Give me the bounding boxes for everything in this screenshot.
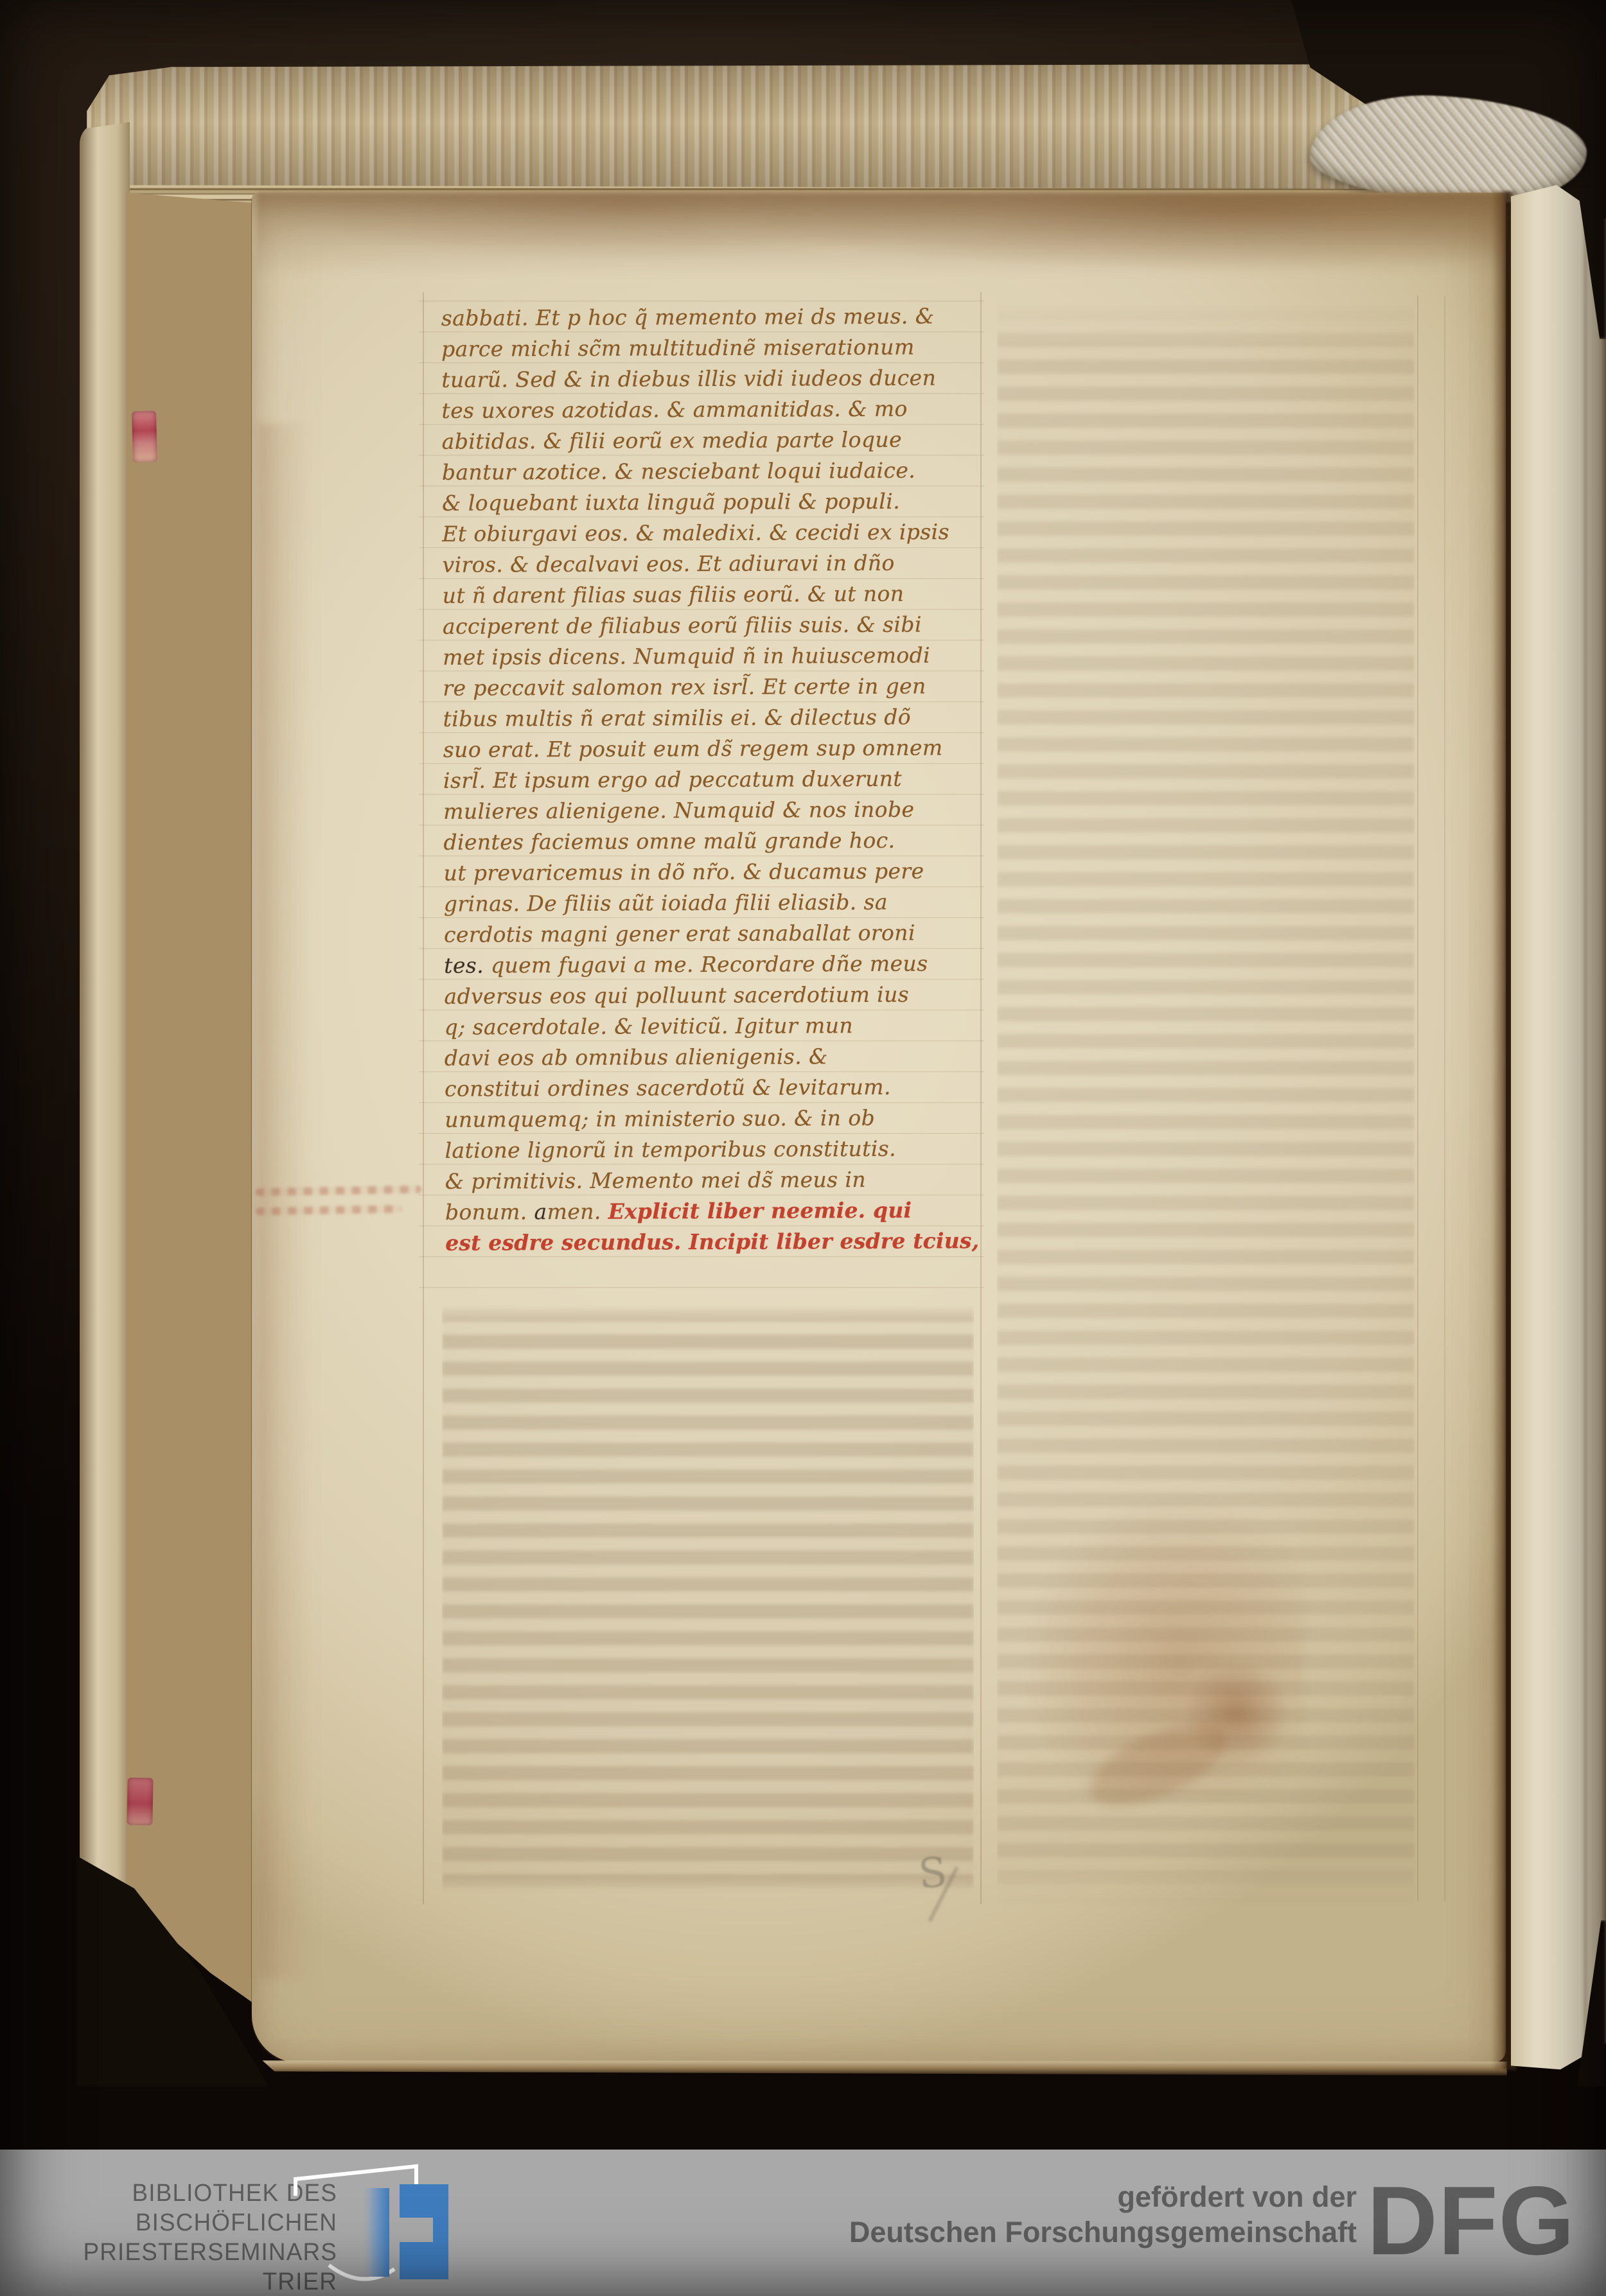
manuscript-line: & primitivis. Memento mei ds̃ meus in [445,1164,985,1197]
manuscript-line: adversus eos qui polluunt sacerdotium iu… [444,979,984,1012]
rubric-text-segment: Explicit liber neemie. qui [608,1198,912,1224]
text-segment: men. [547,1199,608,1224]
text-segment: bantur azotice. & nesciebant loqui iudai… [442,458,915,485]
text-segment: adversus eos qui polluunt sacerdotium iu… [444,982,909,1009]
manuscript-text-column: sabbati. Et p hoc q̃ memento mei ds meus… [441,301,985,1259]
text-segment: & loquebant iuxta linguã populi & populi… [442,489,900,516]
text-segment: re peccavit salomon rex isrl̃. Et certe … [443,674,926,701]
ruling-vertical-showthrough-1 [1417,295,1418,1901]
manuscript-line: bonum. amen. Explicit liber neemie. qui [445,1195,985,1228]
page-top-stain [257,193,1506,289]
shield-outline-top [296,2166,416,2196]
manuscript-line: cerdotis magni gener erat sanaballat oro… [444,917,984,951]
text-segment: & primitivis. Memento mei ds̃ meus in [445,1167,866,1194]
manuscript-line: mulieres alienigene. Numquid & nos inobe [443,794,983,827]
dfg-credit-line: gefördert von der [790,2179,1357,2214]
text-segment: tuarũ. Sed & in diebus illis vidi iudeos… [441,365,936,392]
faded-marginal-gloss [256,1186,422,1215]
text-segment: cerdotis magni gener erat sanaballat oro… [444,920,915,947]
library-shield-logo [289,2155,482,2292]
text-segment: unumquemq; in ministerio suo. & in ob [445,1105,875,1132]
manuscript-line: davi eos ab omnibus alienigenis. & [445,1040,984,1074]
manuscript-line: ut ñ darent filias suas filiis eorũ. & u… [443,578,982,611]
photo-background: sabbati. Et p hoc q̃ memento mei ds meus… [0,0,1606,2296]
text-segment: constitui ordines sacerdotũ & levitarum. [445,1074,891,1101]
text-segment: ut prevaricemus in dõ nr̃o. & ducamus pe… [444,859,924,886]
manuscript-line: ut prevaricemus in dõ nr̃o. & ducamus pe… [444,855,984,889]
manuscript-line: tes uxores azotidas. & ammanitidas. & mo [441,393,981,426]
fore-edge-page-stack [126,193,262,2017]
rubric-text-segment: est esdre secundus. Incipit liber esdre … [445,1228,979,1256]
manuscript-line: isrl̃. Et ipsum ergo ad peccatum duxerun… [443,763,983,796]
manuscript-line: suo erat. Et posuit eum ds̃ regem sup om… [443,732,983,766]
manuscript-line: abitidas. & filii eorũ ex media parte lo… [442,424,982,457]
text-segment: dientes faciemus omne malũ grande hoc. [443,828,895,855]
red-fore-edge-tab-lower [127,1778,153,1826]
text-segment: grinas. De filiis aũt ioiada filii elias… [444,889,888,916]
text-segment: Et obiurgavi eos. & maledixi. & cecidi e… [442,519,949,546]
manuscript-line: bantur azotice. & nesciebant loqui iudai… [442,455,982,488]
text-segment: q; sacerdotale. & leviticũ. Igitur mun [445,1013,853,1040]
book-head-deckle-edge [87,64,1494,202]
text-segment: latione lignorũ in temporibus constituti… [445,1136,896,1163]
text-segment: tes uxores azotidas. & ammanitidas. & mo [441,396,907,423]
ruling-vertical-showthrough-2 [1444,295,1445,1901]
manuscript-line: re peccavit salomon rex isrl̃. Et certe … [443,670,982,704]
text-segment: quem fugavi a me. Recordare dñe meus [484,951,928,978]
manuscript-line: latione lignorũ in temporibus constituti… [445,1133,984,1166]
manuscript-line: unumquemq; in ministerio suo. & in ob [445,1102,984,1135]
red-fore-edge-tab-upper [132,411,157,463]
manuscript-line: sabbati. Et p hoc q̃ memento mei ds meus… [441,301,981,334]
manuscript-line: dientes faciemus omne malũ grande hoc. [443,825,983,858]
manuscript-line: grinas. De filiis aũt ioiada filii elias… [444,886,984,920]
cover-board-edge [80,122,130,2010]
manuscript-line: constitui ordines sacerdotũ & levitarum. [445,1071,984,1105]
ink-showthrough-below-text [442,1304,974,1895]
manuscript-line: q; sacerdotale. & leviticũ. Igitur mun [445,1010,984,1043]
text-segment: abitidas. & filii eorũ ex media parte lo… [442,427,902,454]
text-segment: tes. [444,953,484,978]
manuscript-line: viros. & decalvavi eos. Et adiuravi in d… [442,547,982,581]
shield-cross-arm-gap [400,2218,433,2242]
text-segment: davi eos ab omnibus alienigenis. & [445,1044,828,1071]
text-segment: bonum. [445,1199,534,1225]
manuscript-line: met ipsis dicens. Numquid ñ in huiuscemo… [443,640,982,673]
manuscript-line: parce michi sc̃m multitudinẽ miserationu… [441,331,981,365]
text-segment: viros. & decalvavi eos. Et adiuravi in d… [442,550,894,577]
text-segment: tibus multis ñ erat similis ei. & dilect… [443,705,911,732]
manuscript-line: acciperent de filiabus eorũ filiis suis.… [443,609,982,642]
text-segment: sabbati. Et p hoc q̃ memento mei ds meus… [441,303,935,330]
manuscript-line: tibus multis ñ erat similis ei. & dilect… [443,701,982,735]
text-segment: acciperent de filiabus eorũ filiis suis.… [443,612,922,639]
text-segment: isrl̃. Et ipsum ergo ad peccatum duxerun… [443,766,902,793]
shield-blue-gradient-panel [361,2188,389,2277]
facing-page-strip [1511,185,1606,2081]
ruling-vertical-left [423,292,424,1904]
facing-page-crease [1584,199,1587,2062]
text-segment: parce michi sc̃m multitudinẽ miserationu… [441,335,915,362]
text-segment: a [534,1199,547,1224]
text-segment: ut ñ darent filias suas filiis eorũ. & u… [443,581,904,608]
text-segment: suo erat. Et posuit eum ds̃ regem sup om… [443,735,943,762]
page-bottom-edges [262,2060,1507,2076]
dfg-credit-text: gefördert von der Deutschen Forschungsge… [790,2179,1357,2250]
dfg-credit-line: Deutschen Forschungsgemeinschaft [790,2214,1357,2250]
text-segment: met ipsis dicens. Numquid ñ in huiuscemo… [443,643,930,670]
manuscript-line: est esdre secundus. Incipit liber esdre … [445,1225,985,1259]
dfg-logo-text: DFG [1367,2169,1605,2272]
text-segment: mulieres alienigene. Numquid & nos inobe [443,797,914,824]
manuscript-line: & loquebant iuxta linguã populi & populi… [442,486,982,519]
manuscript-line: tuarũ. Sed & in diebus illis vidi iudeos… [441,362,981,396]
manuscript-line: tes. quem fugavi a me. Recordare dñe meu… [444,948,984,981]
manuscript-line: Et obiurgavi eos. & maledixi. & cecidi e… [442,516,982,550]
